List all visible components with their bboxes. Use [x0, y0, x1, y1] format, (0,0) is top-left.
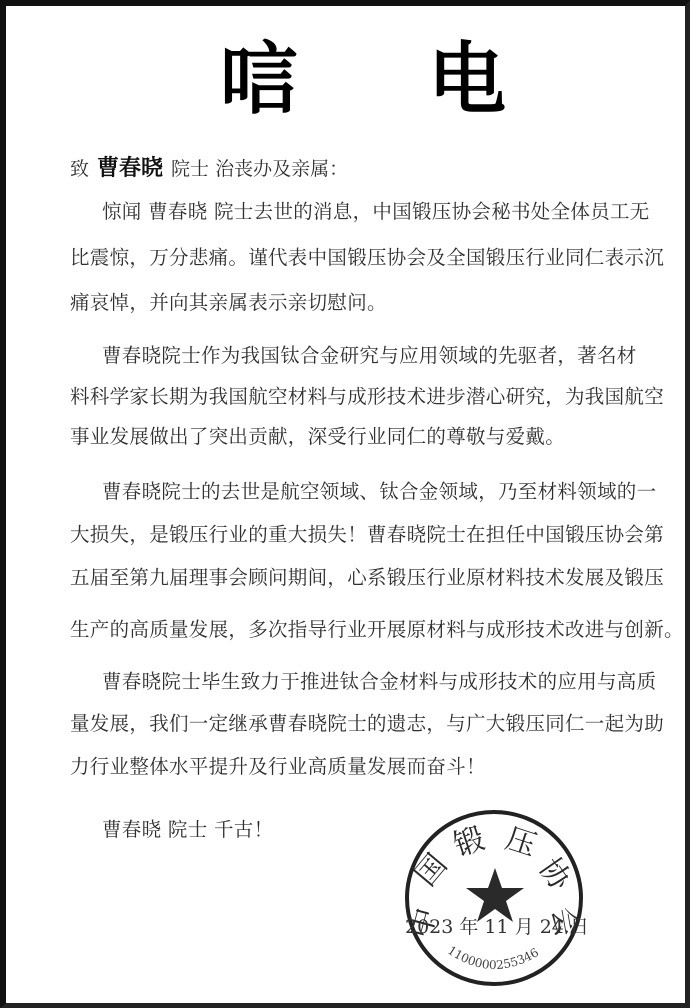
paragraph-3-line-2: 大损失，是锻压行业的重大损失！曹春晓院士在担任中国锻压协会第 — [70, 523, 664, 547]
signature-date: 2023 年 11 月 24 日 — [405, 916, 589, 938]
document-title: 唁 电 — [0, 38, 690, 122]
paragraph-2-line-3: 事业发展做出了突出贡献，深受行业同仁的尊敬与爱戴。 — [70, 425, 565, 449]
svg-text:1100000255346: 1100000255346 — [445, 943, 541, 972]
salutation: 致曹春晓院士 治丧办及亲属： — [70, 156, 690, 181]
official-seal: 中 国 锻 压 协 会 1100000255346 — [403, 808, 585, 988]
paragraph-2-line-2: 料科学家长期为我国航空材料与成形技术进步潜心研究，为我国航空 — [70, 385, 664, 409]
salutation-name: 曹春晓 — [97, 155, 163, 181]
salutation-prefix: 致 — [70, 158, 89, 180]
paragraph-1-line-2: 比震惊，万分悲痛。谨代表中国锻压协会及全国锻压行业同仁表示沉 — [70, 246, 664, 270]
seal-char-3: 锻 — [449, 821, 488, 864]
seal-char-2: 国 — [408, 848, 454, 893]
title-char-1: 唁 — [220, 38, 298, 122]
paragraph-4-line-2: 量发展，我们一定继承曹春晓院士的遗志，与广大锻压同仁一起为助 — [70, 712, 664, 736]
star-icon — [466, 868, 524, 922]
paragraph-4-line-1: 曹春晓院士毕生致力于推进钛合金材料与成形技术的应用与高质 — [102, 670, 656, 694]
paragraph-3-line-3: 五届至第九届理事会顾问期间，心系锻压行业原材料技术发展及锻压 — [70, 566, 664, 590]
paragraph-1-line-3: 痛哀悼，并向其亲属表示亲切慰问。 — [70, 291, 387, 315]
paragraph-3-line-4: 生产的高质量发展，多次指导行业开展原材料与成形技术改进与创新。 — [70, 618, 684, 642]
closing-line: 曹春晓 院士 千古！ — [102, 818, 273, 842]
document-frame — [0, 0, 690, 1008]
paragraph-3-line-1: 曹春晓院士的去世是航空领域、钛合金领域，乃至材料领域的一 — [102, 480, 656, 504]
seal-code: 1100000255346 — [445, 943, 541, 972]
paragraph-2-line-1: 曹春晓院士作为我国钛合金研究与应用领域的先驱者，著名材 — [102, 344, 637, 368]
title-char-2: 电 — [428, 38, 506, 122]
salutation-suffix: 院士 治丧办及亲属： — [171, 158, 348, 180]
seal-char-4: 压 — [501, 821, 540, 864]
paragraph-4-line-3: 力行业整体水平提升及行业高质量发展而奋斗！ — [70, 755, 486, 779]
paragraph-1-line-1: 惊闻 曹春晓 院士去世的消息，中国锻压协会秘书处全体员工无 — [102, 200, 650, 224]
